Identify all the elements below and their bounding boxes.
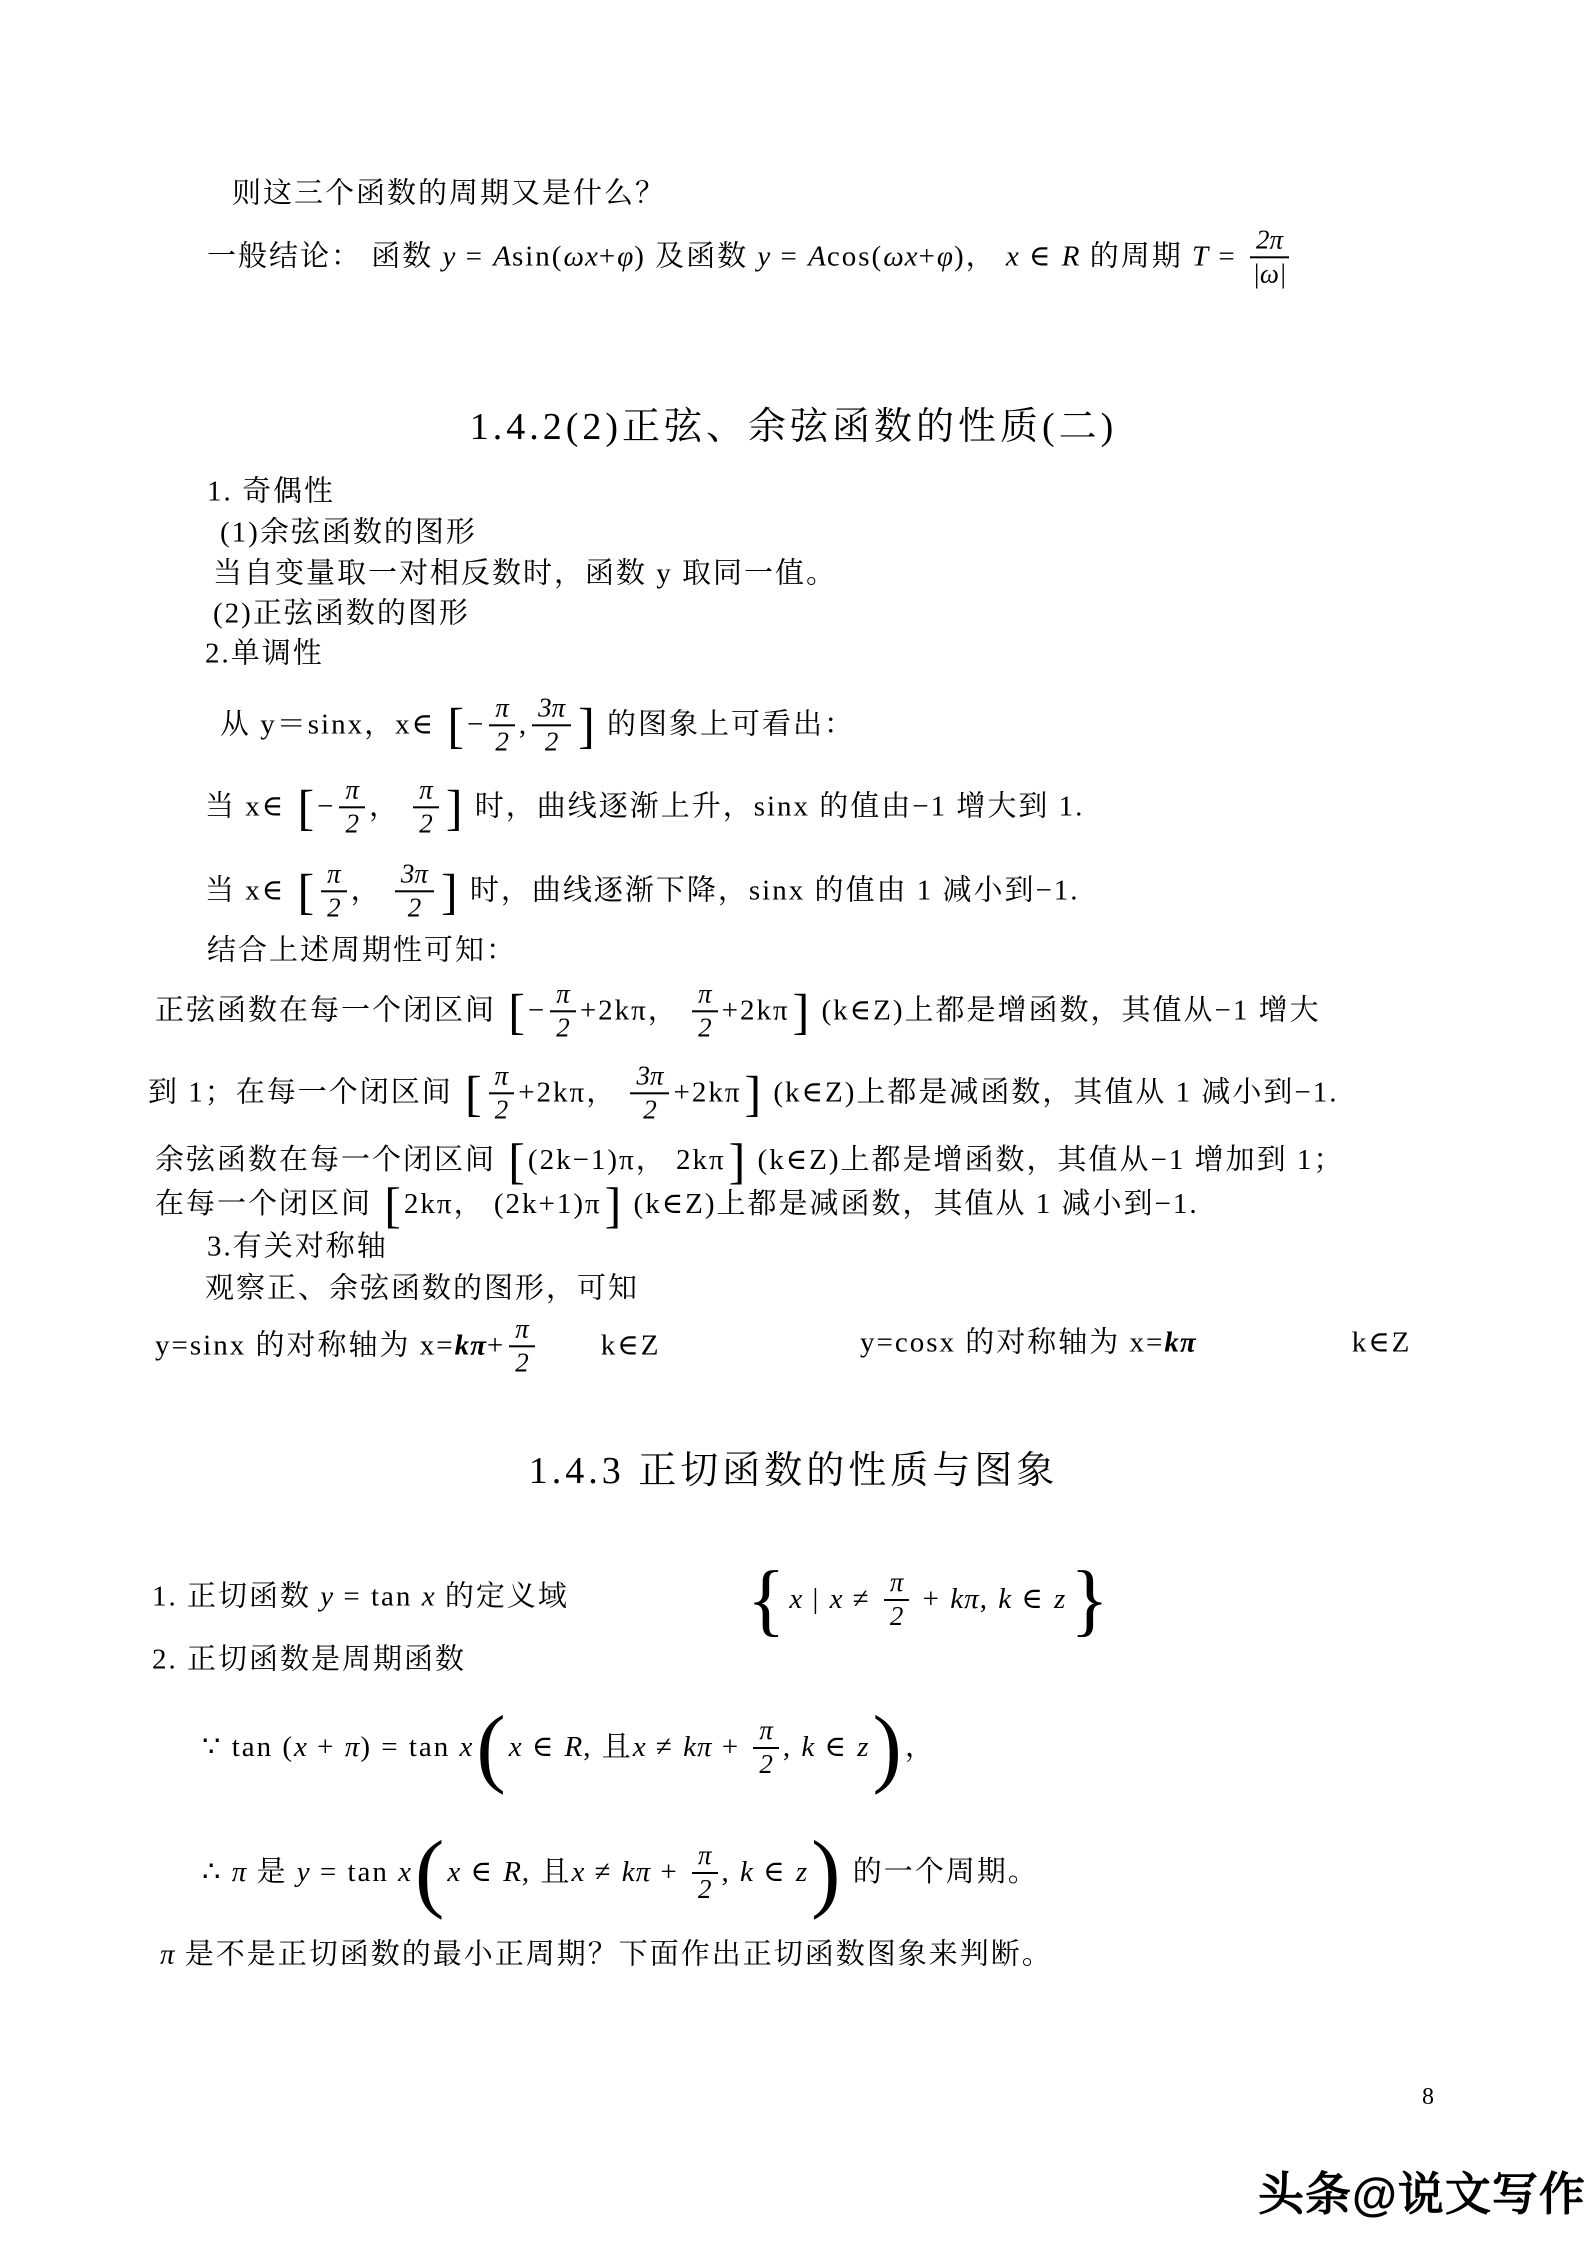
bracket-glyph: ] bbox=[744, 1068, 761, 1118]
math-variable: y bbox=[443, 240, 457, 273]
math-variable: kπ bbox=[950, 1583, 979, 1616]
math-variable: k bbox=[801, 1731, 815, 1764]
bracket-glyph: [ bbox=[384, 1180, 401, 1230]
watermark-label: 头条@说文写作 bbox=[1258, 2158, 1586, 2224]
fraction: π2 bbox=[550, 979, 576, 1042]
math-variable: φ bbox=[617, 240, 634, 273]
bracket-glyph: [ bbox=[508, 1136, 525, 1186]
paren-glyph: ( bbox=[415, 1829, 444, 1917]
math-variable: R bbox=[503, 1856, 522, 1889]
math-variable: A bbox=[808, 240, 827, 273]
paren-glyph: ) bbox=[873, 1704, 902, 1792]
math-variable: x bbox=[447, 1856, 461, 1889]
paragraph-cosine-increasing: 余弦函数在每一个闭区间 [(2k−1)π， 2kπ] (k∈Z)上都是增函数，其… bbox=[155, 1136, 1344, 1186]
formula-because-tan: ∵ tan (x + π) = tan x(x ∈ R, 且x ≠ kπ + π… bbox=[202, 1704, 936, 1792]
math-variable: x bbox=[830, 1583, 844, 1616]
formula-tan-domain-set: {x | x ≠ π2 + kπ, k ∈ z} bbox=[743, 1560, 1113, 1640]
paragraph-observe-note: 观察正、余弦函数的图形，可知 bbox=[205, 1272, 639, 1305]
fraction: π2 bbox=[509, 1314, 535, 1377]
bracket-glyph: ] bbox=[793, 986, 810, 1036]
math-variable: kπ bbox=[683, 1731, 712, 1764]
paragraph-min-period-question: π 是不是正切函数的最小正周期？下面作出正切函数图象来判断。 bbox=[160, 1938, 1053, 1971]
formula-symmetry-sin: y=sinx 的对称轴为 x=kπ+π2 k∈Z bbox=[155, 1314, 660, 1377]
math-variable: π bbox=[345, 1731, 361, 1764]
math-variable: x bbox=[571, 1856, 585, 1889]
formula-when-increasing: 当 x∈ [−π2， π2] 时，曲线逐渐上升，sinx 的值由−1 增大到 1… bbox=[205, 775, 1084, 838]
math-variable: kπ bbox=[1164, 1326, 1196, 1359]
fraction: π2 bbox=[321, 859, 347, 922]
fraction: π2 bbox=[753, 1716, 779, 1779]
math-variable: k bbox=[998, 1583, 1012, 1616]
list-item-symmetry-title: 3.有关对称轴 bbox=[207, 1230, 388, 1263]
fraction: π2 bbox=[489, 1061, 515, 1124]
math-variable: R bbox=[565, 1731, 584, 1764]
math-variable: ωx bbox=[563, 240, 598, 273]
fraction: π2 bbox=[692, 1841, 718, 1904]
math-variable: z bbox=[1054, 1583, 1066, 1616]
list-item-cosine-graph: (1)余弦函数的图形 bbox=[220, 516, 477, 549]
math-variable: x bbox=[789, 1583, 803, 1616]
fraction: 3π2 bbox=[630, 1061, 669, 1124]
fraction: π2 bbox=[692, 979, 718, 1042]
math-variable: y bbox=[320, 1580, 334, 1613]
paragraph-periodicity-note: 结合上述周期性可知： bbox=[207, 934, 517, 967]
math-variable: k bbox=[740, 1856, 754, 1889]
fraction: π2 bbox=[339, 775, 365, 838]
fraction: π2 bbox=[489, 693, 515, 756]
list-item-parity: 1. 奇偶性 bbox=[207, 475, 335, 508]
math-variable: R bbox=[1062, 240, 1081, 273]
brace-glyph: } bbox=[1070, 1560, 1108, 1640]
math-variable: A bbox=[493, 240, 512, 273]
math-variable: x bbox=[422, 1580, 436, 1613]
math-variable: z bbox=[857, 1731, 869, 1764]
fraction: π2 bbox=[413, 775, 439, 838]
bracket-glyph: ] bbox=[441, 866, 458, 916]
math-variable: T bbox=[1192, 240, 1209, 273]
formula-therefore-tan: ∴ π 是 y = tan x(x ∈ R, 且x ≠ kπ + π2, k ∈… bbox=[202, 1829, 1039, 1917]
paragraph-period-question: 则这三个函数的周期又是什么？ bbox=[232, 177, 666, 210]
bracket-glyph: [ bbox=[508, 986, 525, 1036]
math-variable: ωx bbox=[883, 240, 918, 273]
paren-glyph: ( bbox=[476, 1704, 505, 1792]
paragraph-sine-increasing: 正弦函数在每一个闭区间 [−π2+2kπ， π2+2kπ] (k∈Z)上都是增函… bbox=[155, 979, 1321, 1042]
math-variable: x bbox=[1006, 240, 1020, 273]
brace-glyph: { bbox=[747, 1560, 785, 1640]
document-page: 则这三个函数的周期又是什么？ 一般结论： 函数 y = Asin(ωx+φ) 及… bbox=[0, 0, 1587, 2245]
math-variable: φ bbox=[937, 240, 954, 273]
bracket-glyph: [ bbox=[297, 782, 314, 832]
math-variable: x bbox=[633, 1731, 647, 1764]
fraction: 3π2 bbox=[395, 859, 434, 922]
bracket-glyph: [ bbox=[465, 1068, 482, 1118]
bracket-glyph: ] bbox=[578, 700, 595, 750]
math-variable: π bbox=[232, 1856, 248, 1889]
bracket-glyph: ] bbox=[729, 1136, 746, 1186]
paragraph-sine-decreasing: 到 1；在每一个闭区间 [π2+2kπ， 3π2+2kπ] (k∈Z)上都是减函… bbox=[148, 1061, 1339, 1124]
section-heading-1-4-3: 1.4.3 正切函数的性质与图象 bbox=[0, 1450, 1587, 1494]
formula-from-sinx-interval: 从 y＝sinx，x∈ [−π2,3π2] 的图象上可看出： bbox=[220, 693, 855, 756]
bracket-glyph: ] bbox=[605, 1180, 622, 1230]
fraction: 2π|ω| bbox=[1250, 225, 1289, 288]
list-item-tan-periodic: 2. 正切函数是周期函数 bbox=[152, 1643, 466, 1676]
formula-tan-domain-label: 1. 正切函数 y = tan x 的定义域 bbox=[152, 1580, 569, 1613]
paragraph-opposite-values: 当自变量取一对相反数时，函数 y 取同一值。 bbox=[213, 557, 837, 590]
paren-glyph: ) bbox=[811, 1829, 840, 1917]
math-variable: y bbox=[297, 1856, 311, 1889]
fraction: π2 bbox=[884, 1568, 910, 1631]
math-variable: x bbox=[398, 1856, 412, 1889]
list-item-sine-graph: (2)正弦函数的图形 bbox=[213, 597, 470, 630]
math-variable: kπ bbox=[622, 1856, 651, 1889]
paragraph-cosine-decreasing: 在每一个闭区间 [2kπ， (2k+1)π] (k∈Z)上都是减函数，其值从 1… bbox=[155, 1180, 1199, 1230]
page-number: 8 bbox=[1422, 2084, 1434, 2112]
fraction: 3π2 bbox=[532, 693, 571, 756]
list-item-monotonicity: 2.单调性 bbox=[205, 637, 324, 670]
bracket-glyph: [ bbox=[447, 700, 464, 750]
math-variable: y bbox=[757, 240, 771, 273]
math-variable: x bbox=[294, 1731, 308, 1764]
math-variable: π bbox=[160, 1938, 176, 1971]
paragraph-general-conclusion: 一般结论： 函数 y = Asin(ωx+φ) 及函数 y = Acos(ωx+… bbox=[207, 225, 1293, 288]
math-variable: x bbox=[460, 1731, 474, 1764]
math-variable: x bbox=[509, 1731, 523, 1764]
math-variable: z bbox=[796, 1856, 808, 1889]
bracket-glyph: ] bbox=[446, 782, 463, 832]
formula-when-decreasing: 当 x∈ [π2， 3π2] 时，曲线逐渐下降，sinx 的值由 1 减小到−1… bbox=[205, 859, 1080, 922]
formula-symmetry-cos: y=cosx 的对称轴为 x=kπ k∈Z bbox=[860, 1326, 1411, 1359]
math-variable: kπ bbox=[455, 1329, 487, 1362]
section-heading-1-4-2: 1.4.2(2)正弦、余弦函数的性质(二) bbox=[0, 406, 1587, 450]
bracket-glyph: [ bbox=[297, 866, 314, 916]
